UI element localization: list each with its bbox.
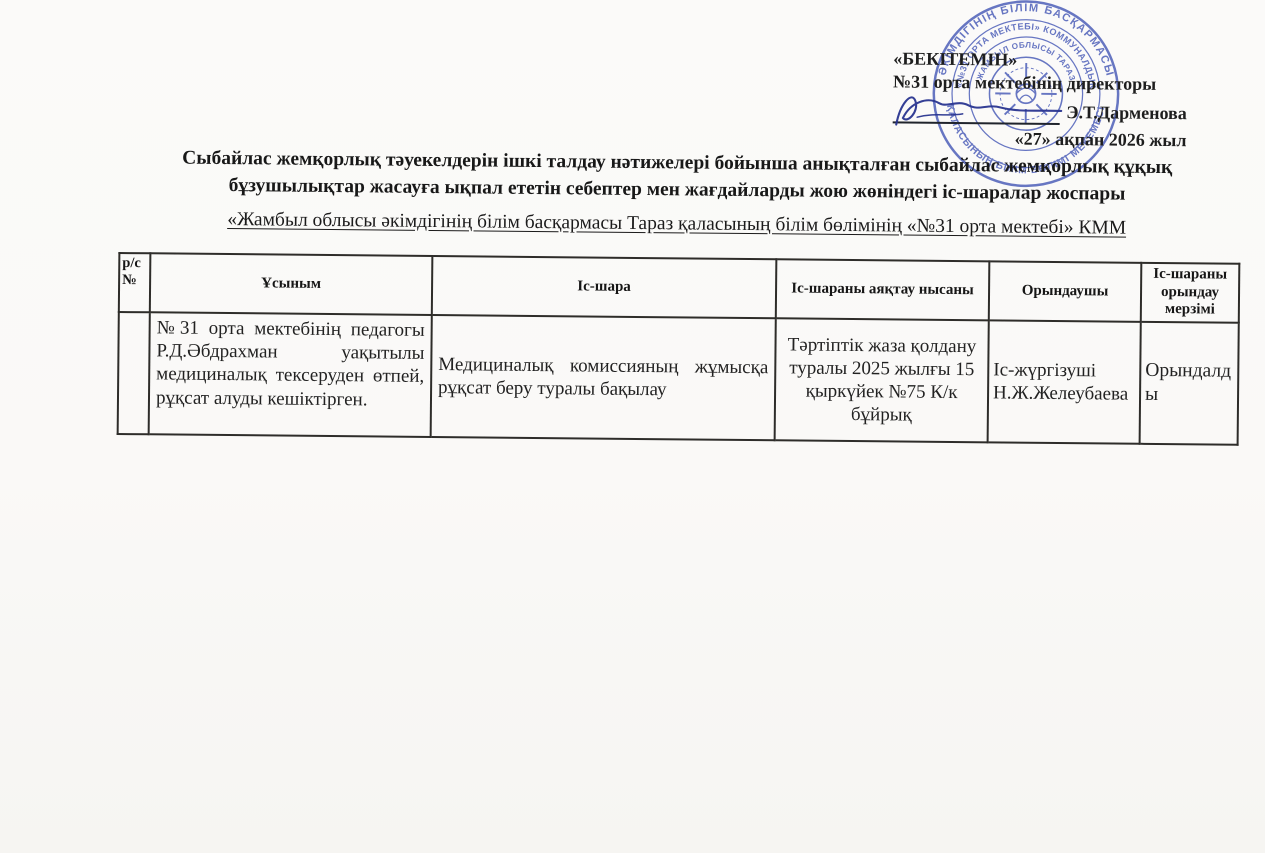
header-completion-form: Іс-шараны аяқтау нысаны	[776, 259, 990, 320]
cell-status: Орындалды	[1140, 322, 1239, 445]
approval-heading: «БЕКІТЕМІН»	[893, 47, 1187, 73]
cell-row-number	[118, 312, 150, 434]
action-plan-table: р/с № Ұсыным Іс-шара Іс-шараны аяқтау ны…	[117, 252, 1241, 446]
scanned-document: ӘКІМДІГІНІҢ БІЛІМ БАСҚАРМАСЫ ҚАЛАСЫНЫҢ Б…	[0, 0, 1265, 853]
approval-signee: Э.Т.Дарменова	[1066, 101, 1187, 126]
signature-scribble-icon	[889, 83, 1069, 135]
header-recommendation: Ұсыным	[150, 253, 433, 315]
approval-block: «БЕКІТЕМІН» №31 орта мектебінің директор…	[892, 47, 1187, 152]
table-row: №31 орта мектебінің педагогы Р.Д.Әбдрахм…	[118, 312, 1239, 445]
header-action: Іс-шара	[432, 256, 777, 318]
header-row-number: р/с №	[119, 253, 151, 312]
signature-row: Э.Т.Дарменова	[893, 95, 1187, 126]
cell-executor: Іс-жүргізуші Н.Ж.Желеубаева	[988, 320, 1141, 443]
header-executor: Орындаушы	[989, 261, 1142, 322]
header-deadline: Іс-шараны орындау мерзімі	[1141, 263, 1240, 323]
cell-recommendation: №31 орта мектебінің педагогы Р.Д.Әбдрахм…	[149, 312, 432, 437]
cell-completion-form: Тәртіптік жаза қолдану туралы 2025 жылғы…	[775, 318, 989, 442]
document-subtitle: «Жамбыл облысы әкімдігінің білім басқарм…	[117, 208, 1237, 241]
signature-line	[893, 93, 1060, 125]
table-header-row: р/с № Ұсыным Іс-шара Іс-шараны аяқтау ны…	[119, 253, 1240, 323]
cell-action: Медициналық комиссияның жұмысқа рұқсат б…	[431, 315, 776, 440]
document-title: Сыбайлас жемқорлық тәуекелдерін ішкі тал…	[117, 144, 1237, 209]
